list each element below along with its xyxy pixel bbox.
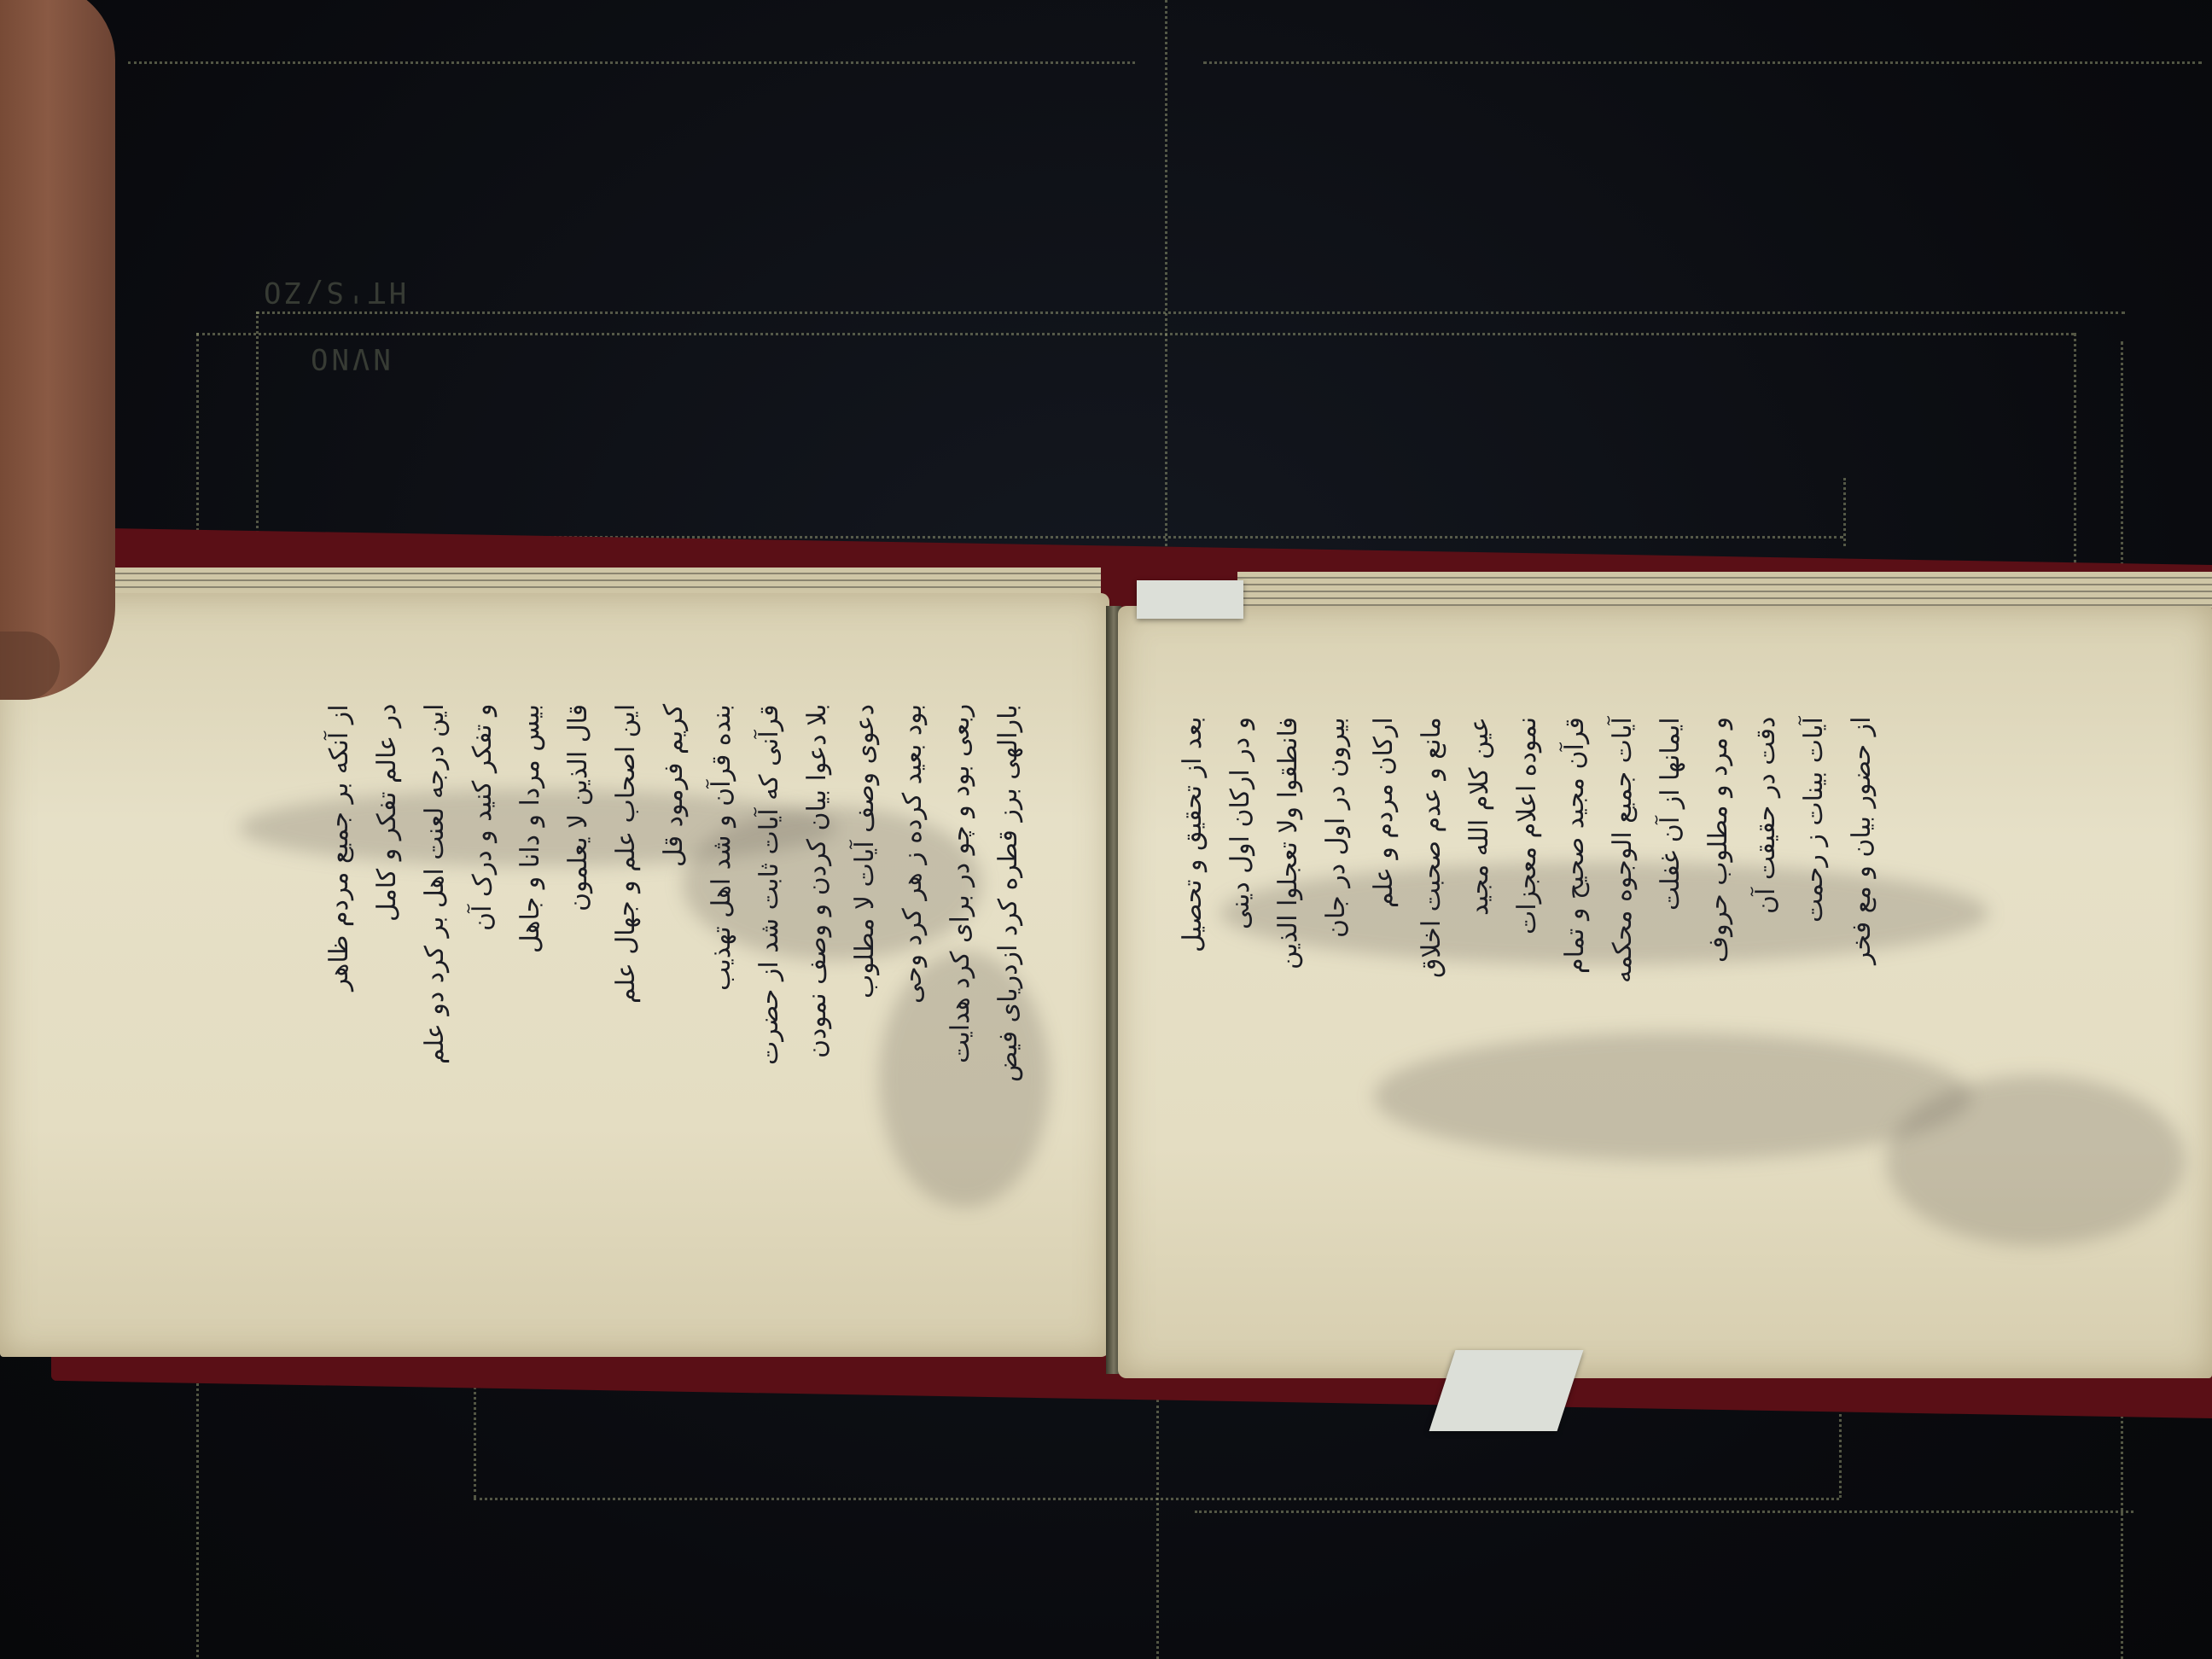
gilt-line	[2074, 333, 2076, 563]
text-line: و مرد و مطلوب حروف	[1706, 717, 1732, 1263]
text-line: این درجه لعنت اهل بر کرد دو علم	[422, 704, 448, 1233]
emboss-mark: HT'S/ZO	[260, 275, 406, 309]
gilt-line	[1195, 1511, 2133, 1513]
left-page: بارالهی برز قطره کرد ازدریای فیض ربعی بو…	[0, 593, 1109, 1357]
text-line: و تفکر کنید و درک آن	[470, 704, 496, 1233]
text-line: این اصحاب علم و جهال علم	[614, 704, 639, 1233]
text-line: بعد از تحقیق و تحصیل	[1180, 717, 1206, 1263]
emboss-mark: NVNO	[307, 341, 391, 375]
text-line: آیات بینات ز رحمت	[1802, 717, 1827, 1263]
text-line: قرآنی که آیات ثابت شد از حضرت	[757, 704, 783, 1233]
text-line: دعوی وصف آیات لا مطلوب	[853, 704, 878, 1233]
text-line: بود بعید کرده ز هر کرد وحی	[900, 704, 926, 1233]
gilt-line	[1156, 1400, 1159, 1659]
text-line: مانع و عدم صحبت اخلاق	[1419, 717, 1445, 1263]
left-page-text: بارالهی برز قطره کرد ازدریای فیض ربعی بو…	[316, 704, 1033, 1233]
text-line: ربعی بود و چو در برای کرد هدایت	[948, 704, 974, 1233]
right-page-text: بعد از تحقیق و تحصیل و در ارکان اول دینی…	[1169, 717, 1886, 1263]
text-line: ایمانها از آن غفلت	[1658, 717, 1684, 1263]
gilt-line	[1165, 0, 1167, 546]
gilt-line	[128, 61, 1135, 64]
text-line: کریم فرمود قل	[661, 704, 687, 1233]
gilt-line	[256, 311, 2125, 314]
text-line: بارالهی برز قطره کرد ازدریای فیض	[996, 704, 1022, 1233]
gilt-line	[1839, 1400, 1842, 1498]
paper-tab-bottom	[1429, 1350, 1584, 1431]
text-line: از آنکه بر جمیع مردم ظاهر	[327, 704, 352, 1233]
text-line: و در ارکان اول دینی	[1228, 717, 1254, 1263]
text-line: بیس مردا و دانا و جاهل	[518, 704, 544, 1233]
gilt-line	[1203, 61, 2202, 64]
page-edges-left	[60, 568, 1101, 595]
text-line: آیات جمیع الوجوه محکمه	[1610, 717, 1636, 1263]
text-line: در عالم تفکر و کامل	[375, 704, 400, 1233]
text-line: قال الذین لا یعلمون	[566, 704, 591, 1233]
text-line: ارکان مردم و علم	[1371, 717, 1397, 1263]
text-line: نموده اعلام معجزات	[1515, 717, 1540, 1263]
text-line: دقت در حقیقت آن	[1754, 717, 1779, 1263]
text-line: بلا دعوا بیان کردن و وصف نمودن	[805, 704, 830, 1233]
thumb	[0, 0, 115, 700]
text-line: عین کلام الله مجید	[1467, 717, 1493, 1263]
text-line: از حضور بیان و مع فخر	[1849, 717, 1875, 1263]
page-edges-right	[1237, 572, 2212, 608]
text-line: فانطقوا ولا تعجلوا الذین	[1276, 717, 1301, 1263]
text-line: بنده قرآن و شد اهل تهذیب	[709, 704, 735, 1233]
text-line: قرآن مجید صحیح و تمام	[1563, 717, 1588, 1263]
gilt-line	[2121, 1400, 2123, 1659]
gilt-line	[196, 333, 2074, 335]
text-line: بیرون در اول در جان	[1324, 717, 1349, 1263]
paper-tab-top	[1137, 580, 1243, 619]
gilt-line	[1843, 478, 1846, 546]
right-page: بعد از تحقیق و تحصیل و در ارکان اول دینی…	[1118, 606, 2212, 1378]
